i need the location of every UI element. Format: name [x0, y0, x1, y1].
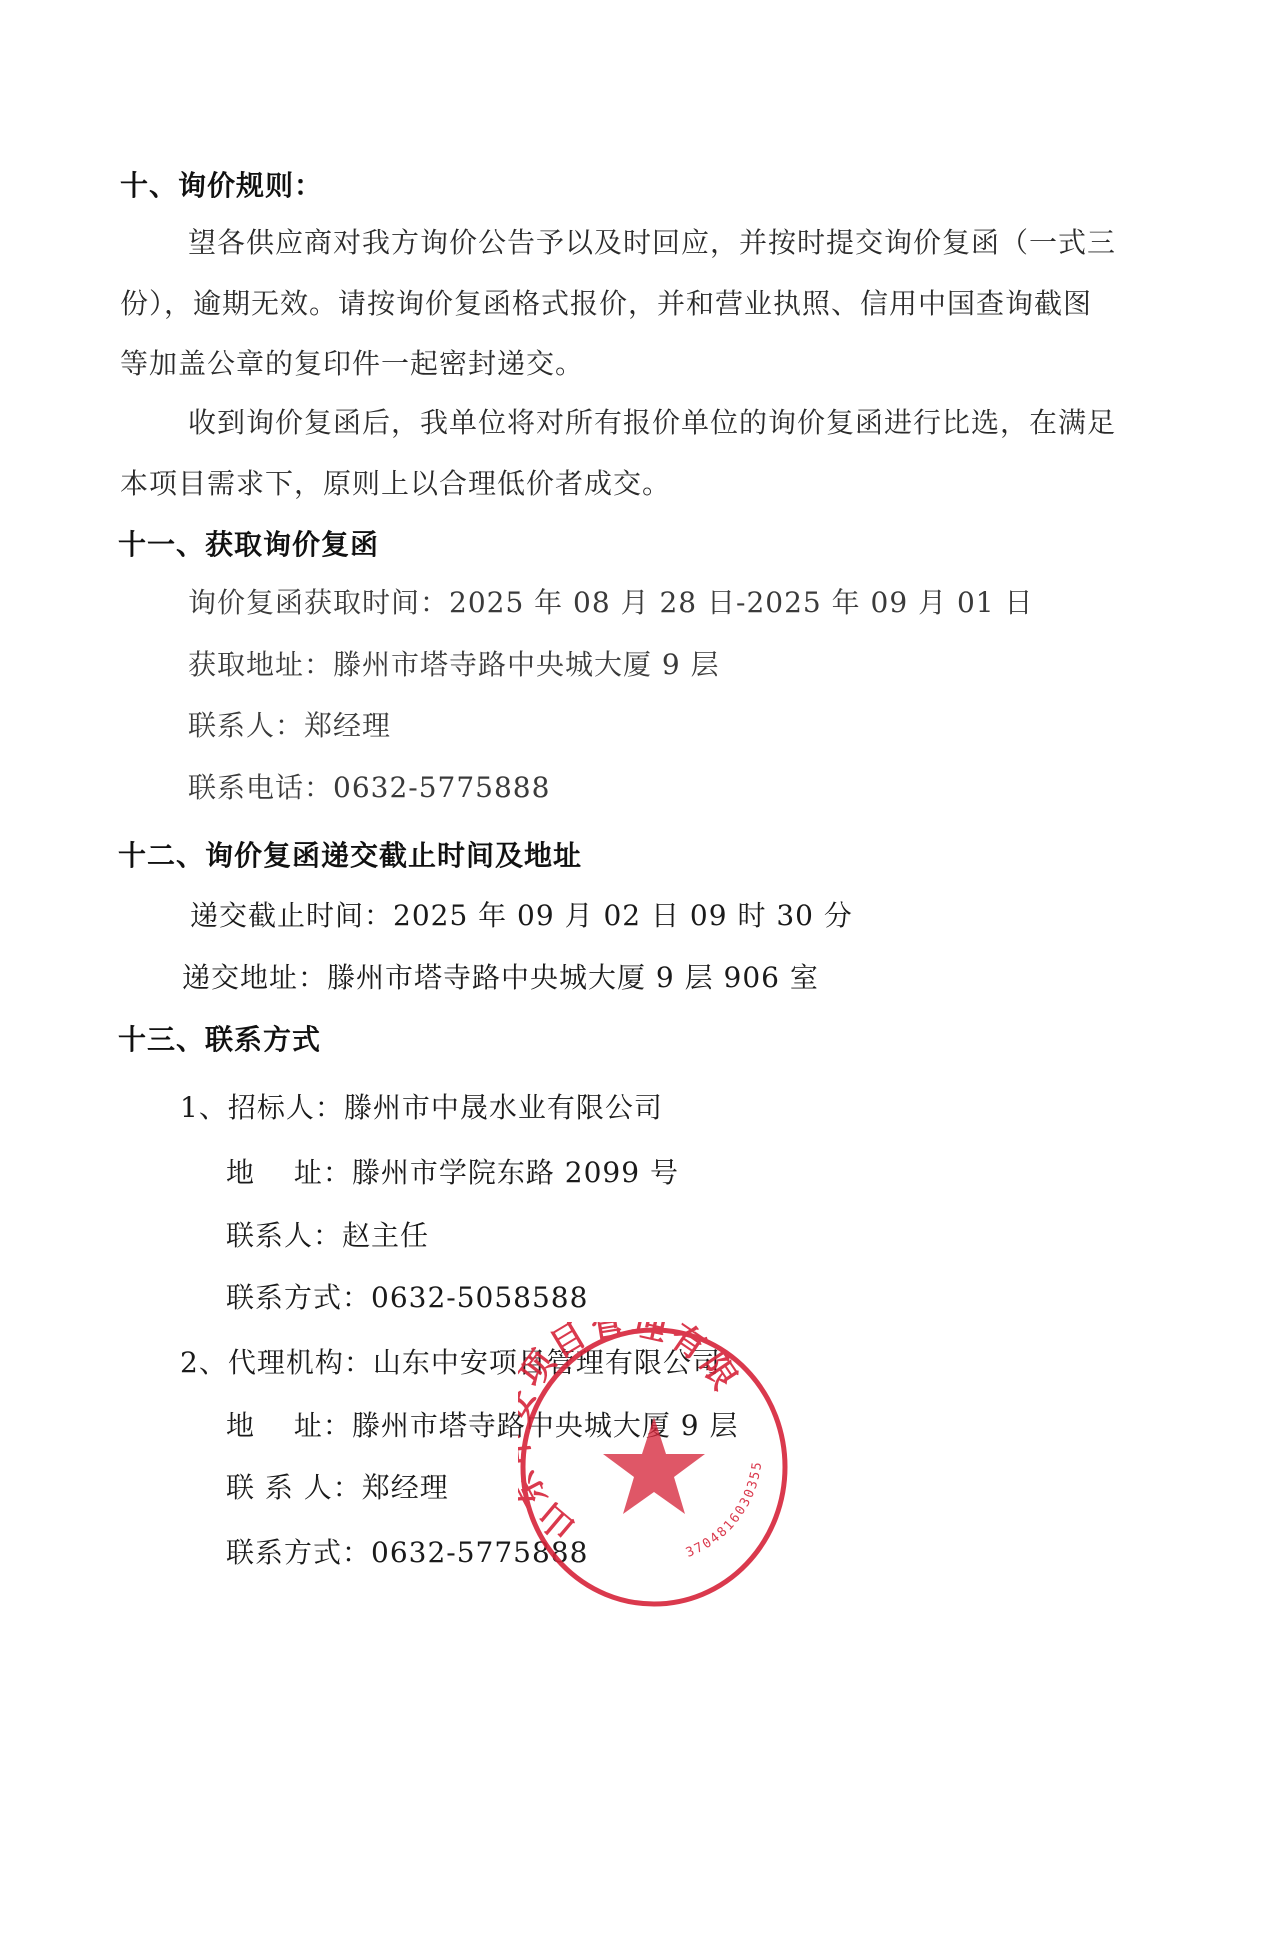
paragraph-line: 本项目需求下，原则上以合理低价者成交。 — [120, 466, 671, 502]
section-heading-submission-deadline: 十二、询价复函递交截止时间及地址 — [118, 838, 582, 874]
section-heading-obtain-reply: 十一、获取询价复函 — [118, 527, 379, 563]
agency-address: 地 址：滕州市塔寺路中央城大厦 9 层 — [226, 1408, 739, 1444]
seal-number: 3704816030355 — [684, 1459, 766, 1560]
obtain-time: 询价复函获取时间：2025 年 08 月 28 日-2025 年 09 月 01… — [188, 585, 1034, 621]
submission-deadline: 递交截止时间：2025 年 09 月 02 日 09 时 30 分 — [190, 898, 853, 934]
paragraph-line: 望各供应商对我方询价公告予以及时回应，并按时提交询价复函（一式三 — [188, 225, 1116, 261]
agency-name: 2、代理机构：山东中安项目管理有限公司 — [180, 1345, 721, 1381]
paragraph-line: 收到询价复函后，我单位将对所有报价单位的询价复函进行比选，在满足 — [188, 405, 1116, 441]
paragraph-line: 等加盖公章的复印件一起密封递交。 — [120, 346, 584, 382]
obtain-contact-phone: 联系电话：0632-5775888 — [188, 770, 550, 806]
obtain-contact-person: 联系人：郑经理 — [188, 708, 391, 744]
agency-contact-person: 联 系 人：郑经理 — [226, 1470, 449, 1506]
tenderer-address: 地 址：滕州市学院东路 2099 号 — [226, 1155, 679, 1191]
agency-phone: 联系方式：0632-5775888 — [226, 1535, 588, 1571]
tenderer-phone: 联系方式：0632-5058588 — [226, 1280, 588, 1316]
paragraph-line: 份），逾期无效。请按询价复函格式报价，并和营业执照、信用中国查询截图 — [120, 286, 1092, 322]
section-heading-inquiry-rules: 十、询价规则： — [120, 168, 323, 204]
tenderer-contact-person: 联系人：赵主任 — [226, 1218, 429, 1254]
submission-address: 递交地址：滕州市塔寺路中央城大厦 9 层 906 室 — [182, 960, 819, 996]
obtain-address: 获取地址：滕州市塔寺路中央城大厦 9 层 — [188, 647, 720, 683]
tenderer-name: 1、招标人：滕州市中晟水业有限公司 — [180, 1090, 663, 1126]
section-heading-contact-info: 十三、联系方式 — [118, 1022, 321, 1058]
